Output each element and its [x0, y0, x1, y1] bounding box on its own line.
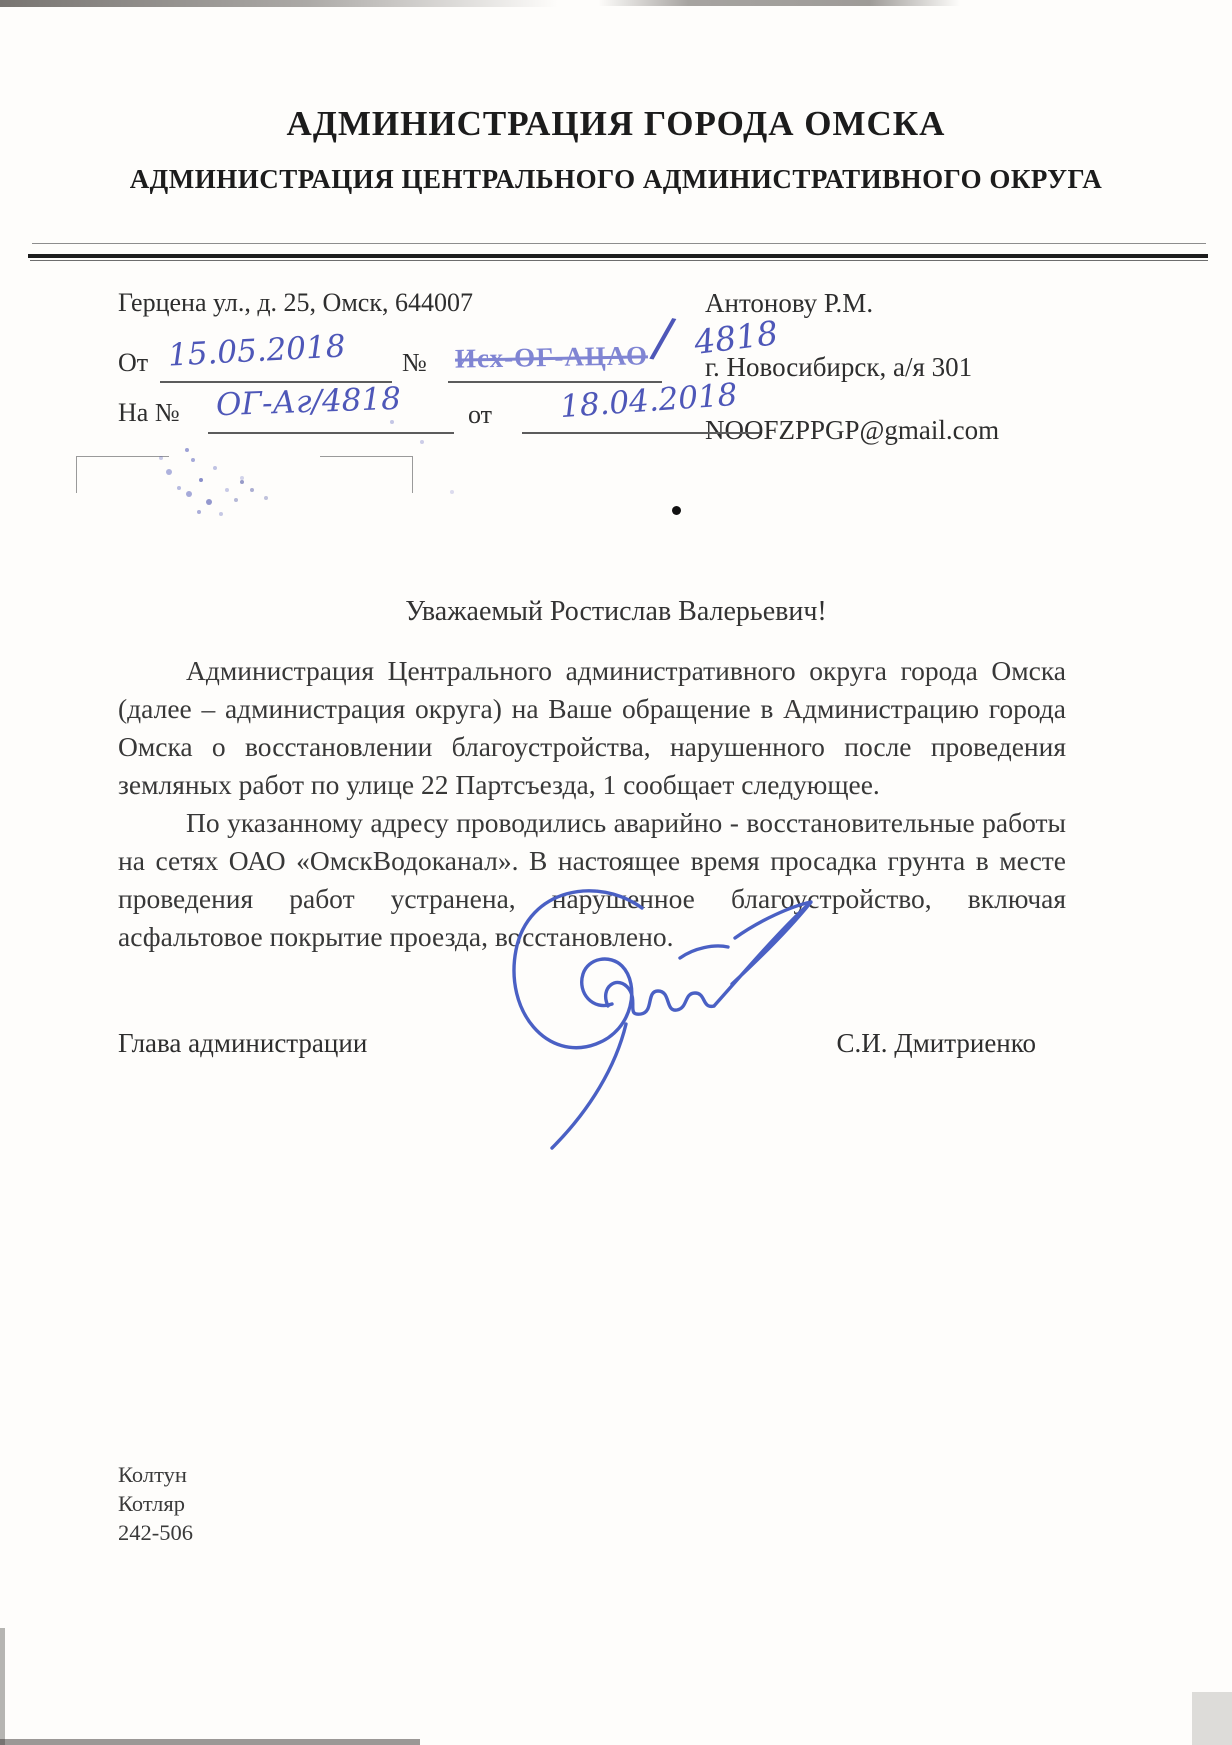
- ref-reply-label: На №: [118, 398, 180, 428]
- letterhead-rule-thick: [28, 254, 1208, 258]
- salutation: Уважаемый Ростислав Валерьевич!: [0, 596, 1232, 628]
- ink-speckles: [185, 448, 189, 452]
- letterhead-rule-thin: [32, 243, 1206, 244]
- sender-address: Герцена ул., д. 25, Омск, 644007: [118, 288, 473, 318]
- ref-from-label: От: [118, 348, 148, 378]
- corner-mark-left: [76, 456, 169, 493]
- body-paragraph-1: Администрация Центрального административ…: [118, 652, 1066, 804]
- recipient-email: NOOFZPPGP@gmail.com: [705, 415, 999, 446]
- ref-number-stamp-struck: Исх-ОГ-АЦАО: [455, 340, 648, 374]
- scan-artifact-top-left: [0, 0, 558, 7]
- executor-name-1: Колтун: [118, 1460, 193, 1489]
- ref-reply-number-blank-line: [208, 432, 454, 434]
- signer-name: С.И. Дмитриенко: [837, 1028, 1036, 1059]
- ref-reply-date-label: от: [468, 400, 492, 430]
- ref-number-blank-line: [448, 381, 662, 383]
- recipient-city: г. Новосибирск, а/я 301: [705, 352, 972, 383]
- scan-artifact-bottom-edge: [0, 1739, 420, 1745]
- ref-number-slash-handwritten: /: [648, 305, 679, 370]
- bullet-dot: [672, 506, 681, 515]
- scan-artifact-top-middle: [598, 0, 960, 6]
- corner-mark-right: [320, 456, 413, 493]
- letterhead-subtitle: АДМИНИСТРАЦИЯ ЦЕНТРАЛЬНОГО АДМИНИСТРАТИВ…: [0, 164, 1232, 195]
- recipient-name: Антонову Р.М.: [705, 288, 873, 319]
- ref-number-label: №: [402, 348, 427, 378]
- scan-artifact-left-edge: [0, 1628, 5, 1745]
- ref-reply-number-handwritten: ОГ-Аг/4818: [215, 381, 401, 423]
- ref-from-date-handwritten: 15.05.2018: [167, 328, 346, 373]
- executor-block: Колтун Котляр 242-506: [118, 1460, 193, 1547]
- signer-position: Глава администрации: [118, 1028, 367, 1059]
- executor-phone: 242-506: [118, 1518, 193, 1547]
- letterhead-rule-under: [30, 260, 1208, 261]
- ref-reply-date-blank-line: [522, 432, 760, 434]
- scanned-letter-page: АДМИНИСТРАЦИЯ ГОРОДА ОМСКА АДМИНИСТРАЦИЯ…: [0, 0, 1232, 1745]
- signature-autograph: [430, 866, 825, 1156]
- executor-name-2: Котляр: [118, 1489, 193, 1518]
- letterhead-title: АДМИНИСТРАЦИЯ ГОРОДА ОМСКА: [0, 104, 1232, 144]
- scan-artifact-bottom-right: [1192, 1692, 1232, 1745]
- ink-speckles-small: [240, 480, 244, 484]
